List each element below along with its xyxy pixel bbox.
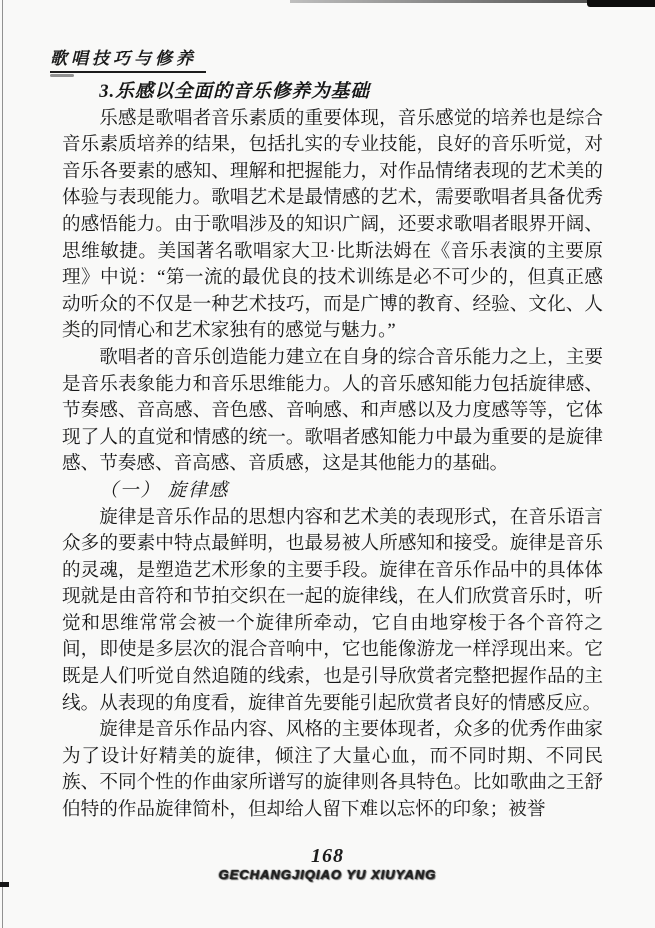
- section-heading: 3.乐感以全面的音乐修养为基础: [62, 79, 603, 106]
- paragraph-3: 旋律是音乐作品的思想内容和艺术美的表现形式，在音乐语言众多的要素中特点最鲜明，也…: [62, 505, 603, 718]
- paragraph-4: 旋律是音乐作品内容、风格的主要体现者，众多的优秀作曲家为了设计好精美的旋律，倾注…: [62, 717, 603, 823]
- header-rule-smudge: [50, 74, 74, 77]
- footer-watermark: GECHANGJIQIAO YU XIUYANG: [0, 867, 655, 882]
- paragraph-2: 歌唱者的音乐创造能力建立在自身的综合音乐能力之上，主要是音乐表象能力和音乐思维能…: [62, 345, 603, 478]
- subsection-heading: （一） 旋律感: [62, 478, 603, 505]
- scan-top-corner-blob: [587, 0, 655, 7]
- paragraph-1: 乐感是歌唱者音乐素质的重要体现，音乐感觉的培养也是综合音乐素质培养的结果，包括扎…: [62, 106, 603, 345]
- scan-left-edge-mark: [0, 882, 9, 887]
- header-rule: [50, 71, 206, 73]
- scan-left-edge-line: [2, 0, 3, 928]
- page-number: 168: [0, 845, 655, 868]
- page-text-column: 3.乐感以全面的音乐修养为基础 乐感是歌唱者音乐素质的重要体现，音乐感觉的培养也…: [62, 79, 603, 824]
- running-header-title: 歌唱技巧与修养: [50, 44, 197, 69]
- book-page: { "colors": { "paper": "#f9f9f8", "ink":…: [0, 0, 655, 928]
